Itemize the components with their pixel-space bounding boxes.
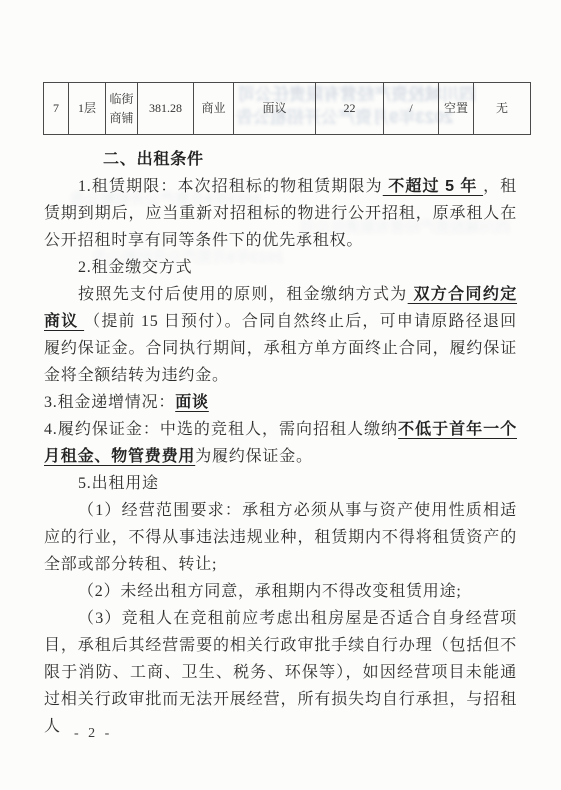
- lease-term-emphasis: 不超过 5 年: [383, 178, 483, 195]
- table-cell-usage: 商业: [194, 83, 234, 135]
- para-lease-term: 1.租赁期限：本次招租标的物租赁期限为 不超过 5 年 ，租赁期到期后，应当重新…: [44, 173, 517, 254]
- document-page: 四川城投资产经营有限责任公司 2023年9月资产公开招租公告 2023年9月资产…: [0, 0, 561, 790]
- item-usage-consent: （2）未经出租方同意，承租期内不得改变租赁用途;: [44, 578, 517, 605]
- table-cell-remark: 无: [474, 83, 531, 135]
- para-usage-title: 5.出租用途: [44, 470, 517, 497]
- para-payment-title: 2.租金缴交方式: [44, 254, 517, 281]
- table-cell-slash: /: [384, 83, 439, 135]
- para-rent-increase: 3.租金递增情况：面谈: [44, 389, 517, 416]
- table-cell-floor: 1层: [69, 83, 106, 135]
- table-row: 7 1层 临街商铺 381.28 商业 面议 22 / 空置 无: [44, 83, 531, 135]
- table-cell-term: 22: [316, 83, 384, 135]
- table-cell-price: 面议: [234, 83, 316, 135]
- table-cell-name: 临街商铺: [106, 83, 138, 135]
- section-heading: 二、出租条件: [103, 146, 517, 173]
- rent-increase-emphasis: 面谈: [175, 394, 209, 411]
- table-cell-status: 空置: [439, 83, 474, 135]
- para-deposit-text: 4.履约保证金：中选的竞租人，需向招租人缴纳: [44, 421, 398, 438]
- table-cell-area: 381.28: [138, 83, 194, 135]
- para-lease-term-text: 1.租赁期限：本次招租标的物租赁期限为: [78, 178, 383, 195]
- page-number: - 2 -: [74, 726, 112, 742]
- item-business-scope: （1）经营范围要求：承租方必须从事与资产使用性质相适应的行业，不得从事违法违规业…: [44, 497, 517, 578]
- para-rent-increase-label: 3.租金递增情况：: [44, 394, 175, 411]
- item-operation-risk: （3）竞租人在竞租前应考虑出租房屋是否适合自身经营项目，承租后其经营需要的相关行…: [44, 605, 517, 740]
- para-deposit: 4.履约保证金：中选的竞租人，需向招租人缴纳不低于首年一个月租金、物管费费用为履…: [44, 416, 517, 470]
- table-cell-seq: 7: [44, 83, 69, 135]
- para-deposit-rest: 为履约保证金。: [195, 448, 313, 465]
- para-payment: 按照先支付后使用的原则，租金缴纳方式为 双方合同约定商议 （提前 15 日预付）…: [44, 281, 517, 389]
- property-table: 7 1层 临街商铺 381.28 商业 面议 22 / 空置 无: [43, 82, 531, 135]
- para-payment-text: 按照先支付后使用的原则，租金缴纳方式为: [78, 286, 408, 303]
- para-payment-rest: （提前 15 日预付）。合同自然终止后，可申请原路径退回履约保证金。合同执行期间…: [44, 313, 517, 384]
- document-body: 二、出租条件 1.租赁期限：本次招租标的物租赁期限为 不超过 5 年 ，租赁期到…: [44, 146, 517, 740]
